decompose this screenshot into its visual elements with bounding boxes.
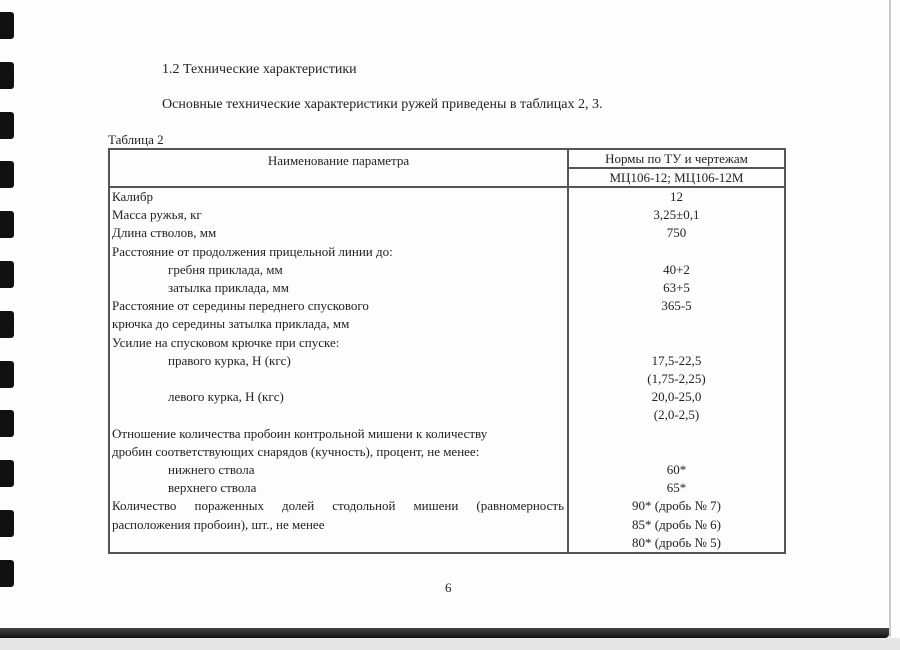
table-row: гребня приклада, мм40+2: [110, 261, 784, 279]
binding-hole: [0, 12, 14, 39]
table-row: левого курка, Н (кгс)20,0-25,0: [110, 388, 784, 406]
row-parameter: затылка приклада, мм: [110, 279, 569, 297]
row-parameter: гребня приклада, мм: [110, 261, 569, 279]
table-row: Калибр12: [110, 188, 784, 206]
row-parameter: верхнего ствола: [110, 479, 569, 497]
table-row: 80* (дробь № 5): [110, 534, 784, 552]
row-value: 80* (дробь № 5): [569, 534, 784, 552]
row-parameter: Масса ружья, кг: [110, 206, 569, 224]
row-value: 60*: [569, 461, 784, 479]
binding-hole: [0, 211, 14, 238]
table-row: расположения пробоин), шт., не менее85* …: [110, 516, 784, 534]
table-row: правого курка, Н (кгс)17,5-22,5: [110, 352, 784, 370]
row-parameter: расположения пробоин), шт., не менее: [110, 516, 569, 534]
row-parameter: [110, 370, 569, 388]
spec-table: Наименование параметра Нормы по ТУ и чер…: [108, 148, 786, 554]
binding-hole: [0, 311, 14, 338]
row-value: [569, 443, 784, 461]
row-value: (2,0-2,5): [569, 406, 784, 424]
row-parameter: Калибр: [110, 188, 569, 206]
table-row: дробин соответствующих снарядов (кучност…: [110, 443, 784, 461]
row-parameter: Количество пораженных долей стодольной м…: [110, 497, 569, 515]
table-row: крючка до середины затылка приклада, мм: [110, 315, 784, 333]
row-parameter: Длина стволов, мм: [110, 224, 569, 242]
header-norms-group: Нормы по ТУ и чертежам МЦ106-12; МЦ106-1…: [569, 150, 784, 186]
section-title: 1.2 Технические характеристики: [162, 62, 357, 78]
row-parameter: [110, 534, 569, 552]
row-value: 20,0-25,0: [569, 388, 784, 406]
table-row: Расстояние от продолжения прицельной лин…: [110, 243, 784, 261]
table-header: Наименование параметра Нормы по ТУ и чер…: [110, 150, 784, 188]
row-value: [569, 425, 784, 443]
row-value: 750: [569, 224, 784, 242]
table-row: Отношение количества пробоин контрольной…: [110, 425, 784, 443]
header-norms: Нормы по ТУ и чертежам: [569, 150, 784, 169]
row-value: [569, 243, 784, 261]
table-row: Расстояние от середины переднего спусков…: [110, 297, 784, 315]
table-caption: Таблица 2: [108, 132, 164, 148]
row-value: 90* (дробь № 7): [569, 497, 784, 515]
row-parameter: Отношение количества пробоин контрольной…: [110, 425, 569, 443]
table-row: Длина стволов, мм750: [110, 224, 784, 242]
header-models: МЦ106-12; МЦ106-12М: [569, 169, 784, 186]
row-value: [569, 334, 784, 352]
row-parameter: крючка до середины затылка приклада, мм: [110, 315, 569, 333]
row-value: 63+5: [569, 279, 784, 297]
table-row: (2,0-2,5): [110, 406, 784, 424]
table-row: затылка приклада, мм63+5: [110, 279, 784, 297]
row-value: 365-5: [569, 297, 784, 315]
binding-hole: [0, 410, 14, 437]
row-parameter: Усилие на спусковом крючке при спуске:: [110, 334, 569, 352]
row-value: 85* (дробь № 6): [569, 516, 784, 534]
row-parameter: Расстояние от середины переднего спусков…: [110, 297, 569, 315]
binding-hole: [0, 261, 14, 288]
binding-hole: [0, 112, 14, 139]
header-parameter: Наименование параметра: [110, 150, 569, 186]
row-value: 40+2: [569, 261, 784, 279]
row-value: [569, 315, 784, 333]
page-edge: [889, 0, 891, 637]
binding-hole: [0, 62, 14, 89]
row-parameter: нижнего ствола: [110, 461, 569, 479]
row-parameter: [110, 406, 569, 424]
row-value: (1,75-2,25): [569, 370, 784, 388]
row-value: 3,25±0,1: [569, 206, 784, 224]
row-parameter: правого курка, Н (кгс): [110, 352, 569, 370]
table-row: верхнего ствола65*: [110, 479, 784, 497]
row-parameter: дробин соответствующих снарядов (кучност…: [110, 443, 569, 461]
intro-paragraph: Основные технические характеристики руже…: [162, 97, 602, 113]
binding-hole: [0, 560, 14, 587]
row-value: 12: [569, 188, 784, 206]
row-parameter: левого курка, Н (кгс): [110, 388, 569, 406]
scanner-background: [0, 638, 900, 650]
table-row: нижнего ствола60*: [110, 461, 784, 479]
row-value: 65*: [569, 479, 784, 497]
table-row: (1,75-2,25): [110, 370, 784, 388]
binding-hole: [0, 161, 14, 188]
binding-hole: [0, 510, 14, 537]
table-row: Масса ружья, кг3,25±0,1: [110, 206, 784, 224]
table-row: Количество пораженных долей стодольной м…: [110, 497, 784, 515]
binding-hole: [0, 361, 14, 388]
row-parameter: Расстояние от продолжения прицельной лин…: [110, 243, 569, 261]
table-row: Усилие на спусковом крючке при спуске:: [110, 334, 784, 352]
page-number: 6: [445, 580, 452, 596]
row-value: 17,5-22,5: [569, 352, 784, 370]
binding-hole: [0, 460, 14, 487]
table-body: Калибр12Масса ружья, кг3,25±0,1Длина ств…: [110, 188, 784, 552]
page-bottom-edge: [0, 628, 889, 638]
